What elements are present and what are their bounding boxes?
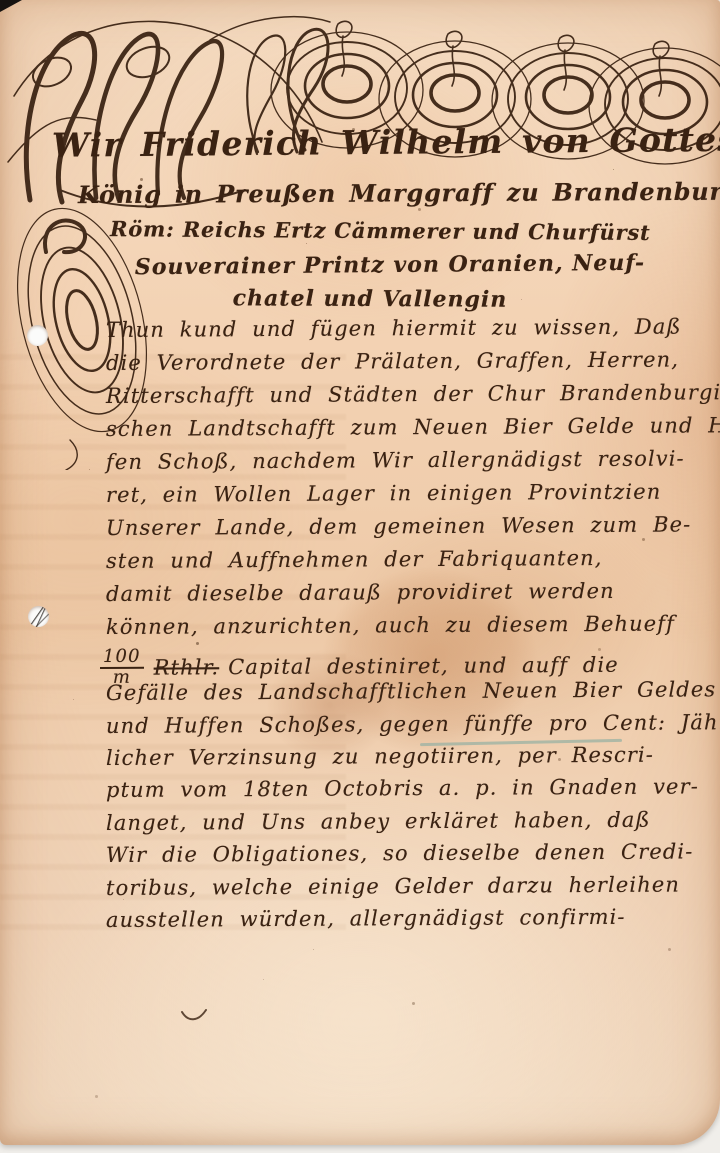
body-line-1: Thun kund und fügen hiermit zu wissen, D… (106, 314, 682, 342)
body-line-15: ptum vom 18ten Octobris a. p. in Gnaden … (106, 774, 699, 802)
body-line-10: können, anzurichten, auch zu diesem Behu… (106, 612, 675, 639)
body-line-13: und Huffen Schoßes, gegen fünffe pro Cen… (106, 710, 720, 738)
heading-royal-name: Wir Friderich Wilhelm von Gottes Gnaden (52, 118, 720, 164)
heading-titles-line-2: Röm: Reichs Ertz Cämmerer und Churfürst (110, 216, 630, 245)
punch-hole-bottom (28, 606, 49, 627)
struck-out-currency-word: Rthlr. (154, 655, 220, 679)
manuscript-page: Wir Friderich Wilhelm von Gottes Gnaden … (0, 0, 720, 1153)
body-line-16: langet, und Uns anbey erkläret haben, da… (106, 808, 651, 835)
stray-pen-mark (176, 1002, 216, 1032)
body-line-11-text: Capital destiniret, und auff die (228, 653, 619, 679)
paper-sheet: Wir Friderich Wilhelm von Gottes Gnaden … (0, 0, 720, 1145)
body-line-2: die Verordnete der Prälaten, Graffen, He… (106, 348, 679, 375)
heading-titles-line-1: König in Preußen Marggraff zu Brandenbur… (78, 176, 720, 209)
body-line-3: Ritterschafft und Städten der Chur Brand… (106, 380, 720, 408)
heading-titles-line-4: chatel und Vallengin (110, 285, 630, 314)
body-line-19: ausstellen würden, allergnädigst confirm… (106, 905, 626, 932)
body-line-4: schen Landtschafft zum Neuen Bier Gelde … (106, 413, 720, 441)
heading-titles-line-3: Souverainer Printz von Oranien, Neuf- (110, 250, 670, 281)
punch-hole-top (27, 325, 48, 346)
body-line-7: Unserer Lande, dem gemeinen Wesen zum Be… (106, 512, 691, 540)
body-line-9: damit dieselbe darauß providiret werden (106, 579, 615, 606)
body-line-17: Wir die Obligationes, so dieselbe denen … (106, 839, 694, 867)
foxing-specks (0, 0, 3, 3)
body-line-14: licher Verzinsung zu negotiiren, per Res… (106, 743, 654, 770)
marginal-amount-numerator: 100 (100, 648, 144, 669)
photo-mount-corner (0, 0, 22, 12)
body-line-8: sten und Auffnehmen der Fabriquanten, (106, 546, 603, 573)
body-line-18: toribus, welche einige Gelder darzu herl… (106, 872, 680, 900)
body-line-5: fen Schoß, nachdem Wir allergnädigst res… (106, 446, 685, 474)
body-line-6: ret, ein Wollen Lager in einigen Provint… (106, 480, 662, 507)
body-line-12: Gefälle des Landschafftlichen Neuen Bier… (106, 677, 716, 705)
